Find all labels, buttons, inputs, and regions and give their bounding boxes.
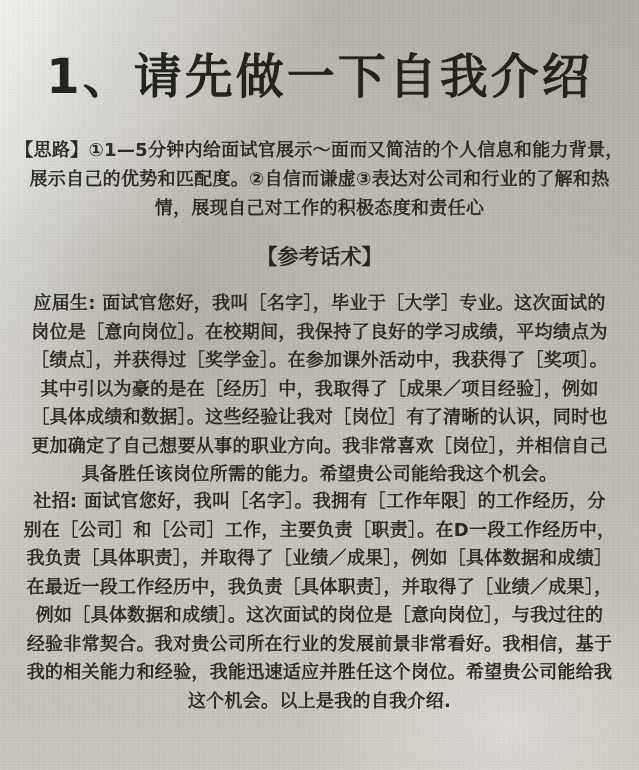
fresh-graduate-paragraph: 应届生: 面试官您好，我叫［名字］，毕业于［大学］专业。这次面试的 岗位是［意向… — [0, 290, 639, 490]
experienced-hire-line: 社招: 面试官您好，我叫［名字］。我拥有［工作年限］的工作经历，分 — [0, 488, 639, 517]
fresh-graduate-line: 岗位是［意向岗位］。在校期间，我保持了良好的学习成绩，平均绩点为 — [0, 319, 639, 348]
experienced-hire-line: 我的相关能力和经验，我能迅速适应并胜任这个岗位。希望贵公司能给我 — [0, 659, 639, 688]
fresh-graduate-line: ［绩点］，并获得过［奖学金］。在参加课外活动中，我获得了［奖项］。 — [0, 347, 639, 376]
fresh-graduate-line: 其中引以为豪的是在［经历］中，我取得了［成果／项目经验］，例如 — [0, 376, 639, 405]
thinking-line: 【思路】①1—5分钟内给面试官展示～面而又简洁的个人信息和能力背景， — [0, 136, 639, 165]
thinking-line: 情，展现自己对工作的积极态度和责任心 — [0, 194, 639, 223]
poster-page: 1、请先做一下自我介绍 【思路】①1—5分钟内给面试官展示～面而又简洁的个人信息… — [0, 0, 639, 770]
page-title: 1、请先做一下自我介绍 — [0, 46, 639, 108]
experienced-hire-paragraph: 社招: 面试官您好，我叫［名字］。我拥有［工作年限］的工作经历，分 别在［公司］… — [0, 488, 639, 716]
experienced-hire-line: 例如［具体数据和成绩］。这次面试的岗位是［意向岗位］，与我过往的 — [0, 602, 639, 631]
fresh-graduate-line: 更加确定了自己想要从事的职业方向。我非常喜欢［岗位］，并相信自己 — [0, 433, 639, 462]
fresh-graduate-line: ［具体成绩和数据］。这些经验让我对［岗位］有了清晰的认识，同时也 — [0, 404, 639, 433]
thinking-paragraph: 【思路】①1—5分钟内给面试官展示～面而又简洁的个人信息和能力背景， 展示自己的… — [0, 136, 639, 223]
experienced-hire-line: 我负责［具体职责］，并取得了［业绩／成果］，例如［具体数据和成绩］ — [0, 545, 639, 574]
experienced-hire-line: 在最近一段工作经历中，我负责［具体职责］，并取得了［业绩／成果］， — [0, 574, 639, 603]
thinking-line: 展示自己的优势和匹配度。②自信而谦虚③表达对公司和行业的了解和热 — [0, 165, 639, 194]
reference-script-heading: 【参考话术】 — [0, 242, 639, 272]
experienced-hire-line: 经验非常契合。我对贵公司所在行业的发展前景非常看好。我相信，基于 — [0, 631, 639, 660]
experienced-hire-line: 这个机会。以上是我的自我介绍. — [0, 688, 639, 717]
fresh-graduate-line: 应届生: 面试官您好，我叫［名字］，毕业于［大学］专业。这次面试的 — [0, 290, 639, 319]
fresh-graduate-line: 具备胜任该岗位所需的能力。希望贵公司能给我这个机会。 — [0, 461, 639, 490]
experienced-hire-line: 别在［公司］和［公司］工作，主要负责［职责］。在D一段工作经历中， — [0, 517, 639, 546]
